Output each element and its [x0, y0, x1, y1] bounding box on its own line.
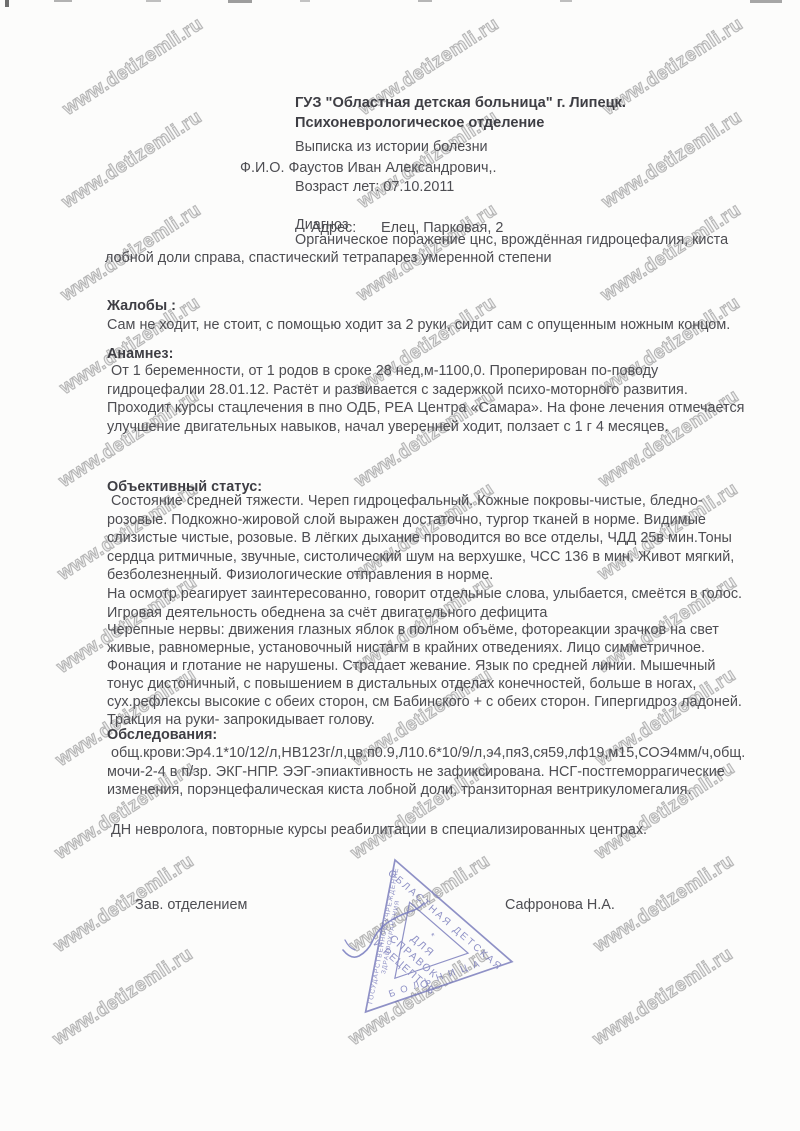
complaints-text: Сам не ходит, не стоит, с помощью ходит …	[107, 316, 730, 335]
signer-name: Сафронова Н.А.	[505, 896, 615, 915]
scan-artifact	[146, 0, 161, 2]
signature-stroke	[325, 880, 465, 975]
diagnosis-line-2: лобной доли справа, спастический тетрапа…	[105, 249, 552, 268]
watermark-text: www.detizemli.ru	[58, 107, 206, 214]
cranial-nerves-text: Черепные нервы: движения глазных яблок в…	[107, 621, 742, 729]
recommendation-text: ДН невролога, повторные курсы реабилитац…	[107, 821, 647, 840]
watermark-text: www.detizemli.ru	[597, 200, 745, 307]
scan-artifact	[418, 0, 432, 2]
patient-name-line: Ф.И.О. Фаустов Иван Александрович,.	[240, 159, 497, 178]
exams-text: общ.крови:Эр4.1*10/12/л,НВ123г/л,цв.п0.9…	[107, 744, 745, 800]
diagnosis-line-1: Органическое поражение цнс, врождённая г…	[295, 231, 728, 250]
anamnesis-heading: Анамнез:	[107, 345, 173, 364]
exams-heading: Обследования:	[107, 726, 217, 745]
objective-status-text: Состояние средней тяжести. Череп гидроце…	[107, 492, 742, 622]
scan-artifact	[228, 0, 252, 3]
signer-title: Зав. отделением	[135, 896, 247, 915]
age-line: Возраст лет: 07.10.2011	[295, 178, 454, 197]
scan-artifact	[750, 0, 782, 3]
scan-artifact	[300, 0, 310, 2]
org-header: ГУЗ "Областная детская больница" г. Липе…	[295, 94, 626, 133]
scan-artifact	[54, 0, 72, 2]
watermark-text: www.detizemli.ru	[49, 944, 197, 1051]
doc-title: Выписка из истории болезни	[295, 138, 488, 157]
scanned-document-page: www.detizemli.ruwww.detizemli.ruwww.deti…	[0, 0, 800, 1131]
watermark-text: www.detizemli.ru	[59, 14, 207, 121]
anamnesis-text: От 1 беременности, от 1 родов в сроке 28…	[107, 362, 744, 437]
scan-artifact	[5, 0, 9, 7]
scan-artifact	[560, 0, 572, 2]
complaints-heading: Жалобы :	[107, 297, 176, 316]
watermark-text: www.detizemli.ru	[589, 944, 737, 1051]
